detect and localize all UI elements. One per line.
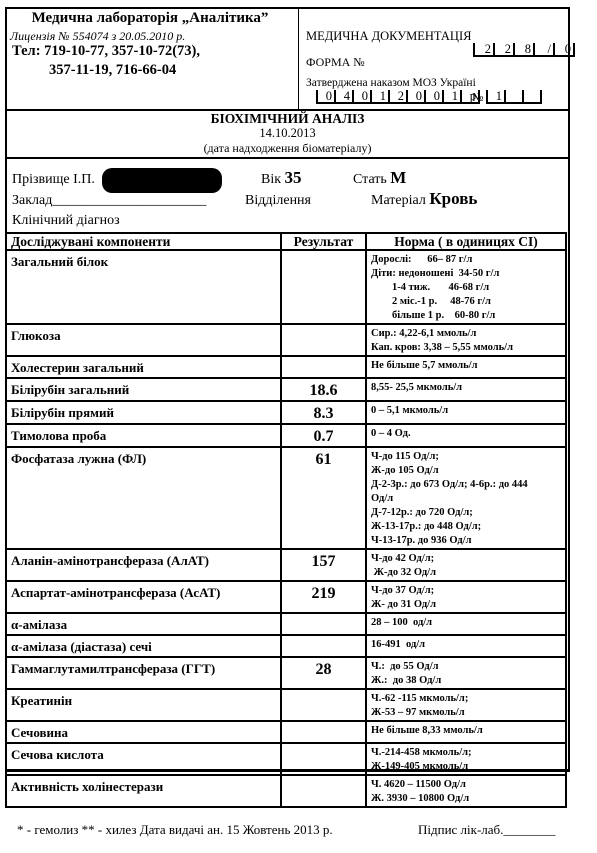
age-field: Вік 35 xyxy=(261,168,302,188)
result-value xyxy=(286,357,361,360)
result-value xyxy=(286,614,361,617)
table-row: Білірубін загальний18.68,55- 25,5 мкмоль… xyxy=(6,378,566,401)
lab-phones-line1: Тел: 719-10-77, 357-10-72(73), xyxy=(12,43,200,60)
component-name: Тимолова проба xyxy=(11,425,276,444)
norm-range: 28 – 100 од/л xyxy=(371,614,561,630)
component-name: Аспартат-амінотрансфераза (АсАТ) xyxy=(11,582,276,601)
component-name-cell: Фосфатаза лужна (ФЛ) xyxy=(6,447,281,549)
table-row: α-амілаза28 – 100 од/л xyxy=(6,613,566,635)
result-value-cell: 157 xyxy=(281,549,366,581)
result-value xyxy=(286,690,361,693)
norm-range: 16-491 од/л xyxy=(371,636,561,652)
norm-range: 8,55- 25,5 мкмоль/л xyxy=(371,379,561,395)
norm-range-cell: 0 – 5,1 мкмоль/л xyxy=(366,401,566,424)
order-number-cells: 1 xyxy=(486,90,542,104)
norm-range: Ч.-214-458 мкмоль/л; Ж-149-405 мкмоль/л xyxy=(371,744,561,774)
table-row: СечовинаНе більше 8,33 ммоль/л xyxy=(6,721,566,743)
form-number-cell: 2 xyxy=(473,43,493,57)
norm-range: Ч.-62 -115 мкмоль/л; Ж-53 – 97 мкмоль/л xyxy=(371,690,561,720)
component-name-cell: Глюкоза xyxy=(6,324,281,356)
receipt-date: 14.10.2013 xyxy=(5,126,570,141)
result-value: 8.3 xyxy=(286,402,361,423)
norm-range-cell: Сир.: 4,22-6,1 ммоль/л Кап. кров: 3,38 –… xyxy=(366,324,566,356)
result-value: 219 xyxy=(286,582,361,603)
norm-range: Ч-до 37 Од/л; Ж- до 31 Од/л xyxy=(371,582,561,612)
order-number-sign: № xyxy=(472,90,483,105)
norm-range: Ч.: до 55 Од/л Ж.: до 38 Од/л xyxy=(371,658,561,688)
component-name-cell: Сечова кислота xyxy=(6,743,281,775)
sex-value: М xyxy=(390,168,406,187)
order-date-cells: 0 4 0 1 2 0 0 1 р xyxy=(316,90,480,104)
norm-range-cell: Ч.-214-458 мкмоль/л; Ж-149-405 мкмоль/л xyxy=(366,743,566,775)
norm-range-cell: Ч-до 42 Од/л; Ж-до 32 Од/л xyxy=(366,549,566,581)
component-name: Фосфатаза лужна (ФЛ) xyxy=(11,448,276,467)
patient-name-label: Прізвище І.П. xyxy=(12,172,95,188)
column-header-component: Досліджувані компоненти xyxy=(6,233,281,250)
norm-range: Не більше 5,7 ммоль/л xyxy=(371,357,561,373)
component-name-cell: Аланін-амінотрансфераза (АлАТ) xyxy=(6,549,281,581)
material-label: Матеріал xyxy=(371,193,426,208)
diagnosis-label: Клінічний діагноз xyxy=(12,213,120,229)
lab-license: Лицензія № 554074 з 20.05.2010 р. xyxy=(10,29,185,44)
result-value-cell xyxy=(281,689,366,721)
table-row: Гаммаглутамилтрансфераза (ГГТ)28Ч.: до 5… xyxy=(6,657,566,689)
component-name-cell: Білірубін загальний xyxy=(6,378,281,401)
result-value-cell: 0.7 xyxy=(281,424,366,447)
norm-range-cell: 16-491 од/л xyxy=(366,635,566,657)
result-value xyxy=(286,776,361,779)
result-value: 61 xyxy=(286,448,361,469)
component-name: α-амілаза (діастаза) сечі xyxy=(11,636,276,655)
component-name: Білірубін загальний xyxy=(11,379,276,398)
component-name-cell: α-амілаза (діастаза) сечі xyxy=(6,635,281,657)
norm-range: Дорослі: 66– 87 г/л Діти: недоношені 34-… xyxy=(371,251,561,323)
norm-range-cell: 8,55- 25,5 мкмоль/л xyxy=(366,378,566,401)
material-field: Матеріал Кровь xyxy=(371,189,477,209)
norm-range-cell: Ч-до 37 Од/л; Ж- до 31 Од/л xyxy=(366,581,566,613)
norm-range-cell: Ч.-62 -115 мкмоль/л; Ж-53 – 97 мкмоль/л xyxy=(366,689,566,721)
component-name-cell: Сечовина xyxy=(6,721,281,743)
table-row: Загальний білокДорослі: 66– 87 г/л Діти:… xyxy=(6,250,566,324)
order-number-cell xyxy=(504,90,522,104)
order-date-cell: 0 xyxy=(352,90,370,104)
table-row: Аспартат-амінотрансфераза (АсАТ)219Ч-до … xyxy=(6,581,566,613)
result-value xyxy=(286,636,361,639)
norm-range-cell: Ч. 4620 – 11500 Од/л Ж. 3930 – 10800 Од/… xyxy=(366,775,566,807)
norm-range-cell: 28 – 100 од/л xyxy=(366,613,566,635)
result-value-cell xyxy=(281,635,366,657)
component-name: α-амілаза xyxy=(11,614,276,633)
medical-documentation-label: МЕДИЧНА ДОКУМЕНТАЦІЯ xyxy=(306,29,471,44)
form-number-cells: 2 2 8 / 0 xyxy=(473,43,575,57)
column-header-result: Результат xyxy=(281,233,366,250)
result-value-cell: 219 xyxy=(281,581,366,613)
sex-field: Стать М xyxy=(353,168,406,188)
result-value xyxy=(286,744,361,747)
result-value-cell: 28 xyxy=(281,657,366,689)
result-value-cell xyxy=(281,775,366,807)
result-value-cell xyxy=(281,613,366,635)
component-name: Гаммаглутамилтрансфераза (ГГТ) xyxy=(11,658,276,677)
result-value xyxy=(286,722,361,725)
analysis-title-block: БІОХІМІЧНИЙ АНАЛІЗ 14.10.2013 (дата надх… xyxy=(5,111,570,156)
result-value-cell xyxy=(281,250,366,324)
table-row: КреатинінЧ.-62 -115 мкмоль/л; Ж-53 – 97 … xyxy=(6,689,566,721)
component-name: Загальний білок xyxy=(11,251,276,270)
norm-range-cell: 0 – 4 Од. xyxy=(366,424,566,447)
order-date-cell: 0 xyxy=(316,90,334,104)
form-number-cell: 0 xyxy=(553,43,575,57)
table-row: Холестерин загальнийНе більше 5,7 ммоль/… xyxy=(6,356,566,378)
result-value-cell xyxy=(281,356,366,378)
result-value: 0.7 xyxy=(286,425,361,446)
signature-label: Підпис лік-лаб.________ xyxy=(418,822,555,838)
component-name: Активність холінестерази xyxy=(11,776,276,795)
component-name: Глюкоза xyxy=(11,325,276,344)
result-value: 28 xyxy=(286,658,361,679)
component-name-cell: Білірубін прямий xyxy=(6,401,281,424)
norm-range: Ч. 4620 – 11500 Од/л Ж. 3930 – 10800 Од/… xyxy=(371,776,561,806)
form-info-block: МЕДИЧНА ДОКУМЕНТАЦІЯ 2 2 8 / 0 ФОРМА № З… xyxy=(299,7,570,110)
column-header-norm: Норма ( в одиницях СІ) xyxy=(366,233,566,250)
component-name: Сечовина xyxy=(11,722,276,741)
component-name: Сечова кислота xyxy=(11,744,276,763)
norm-range: 0 – 4 Од. xyxy=(371,425,561,441)
table-row: Тимолова проба0.70 – 4 Од. xyxy=(6,424,566,447)
component-name: Білірубін прямий xyxy=(11,402,276,421)
component-name-cell: Тимолова проба xyxy=(6,424,281,447)
component-name-cell: Загальний білок xyxy=(6,250,281,324)
approved-text: Затверджена наказом МОЗ Україні xyxy=(306,77,476,89)
lab-info-block: Медична лабораторія „Аналітика” Лицензія… xyxy=(5,7,299,110)
result-value-cell: 61 xyxy=(281,447,366,549)
form-number-cell: 2 xyxy=(493,43,513,57)
component-name: Холестерин загальний xyxy=(11,357,276,376)
department-label: Відділення xyxy=(245,193,311,209)
form-label: ФОРМА № xyxy=(306,55,365,70)
table-row: α-амілаза (діастаза) сечі16-491 од/л xyxy=(6,635,566,657)
norm-range: Сир.: 4,22-6,1 ммоль/л Кап. кров: 3,38 –… xyxy=(371,325,561,355)
norm-range-cell: Не більше 8,33 ммоль/л xyxy=(366,721,566,743)
result-value-cell: 8.3 xyxy=(281,401,366,424)
norm-range: Не більше 8,33 ммоль/л xyxy=(371,722,561,738)
result-value xyxy=(286,251,361,254)
sex-label: Стать xyxy=(353,172,387,187)
footer-notes: * - гемолиз ** - хилез Дата видачі ан. 1… xyxy=(17,822,333,838)
component-name-cell: Холестерин загальний xyxy=(6,356,281,378)
age-label: Вік xyxy=(261,172,281,187)
component-name-cell: Аспартат-амінотрансфераза (АсАТ) xyxy=(6,581,281,613)
form-number-cell: 8 xyxy=(513,43,533,57)
result-value: 157 xyxy=(286,550,361,571)
lab-phones-line2: 357-11-19, 716-66-04 xyxy=(49,62,176,79)
redacted-patient-name xyxy=(102,168,222,193)
title-divider xyxy=(5,157,570,159)
component-name: Креатинін xyxy=(11,690,276,709)
result-value-cell: 18.6 xyxy=(281,378,366,401)
order-date-cell: 2 xyxy=(388,90,406,104)
component-name: Аланін-амінотрансфераза (АлАТ) xyxy=(11,550,276,569)
table-row: ГлюкозаСир.: 4,22-6,1 ммоль/л Кап. кров:… xyxy=(6,324,566,356)
age-value: 35 xyxy=(285,168,302,187)
norm-range: Ч-до 42 Од/л; Ж-до 32 Од/л xyxy=(371,550,561,580)
table-row: Сечова кислотаЧ.-214-458 мкмоль/л; Ж-149… xyxy=(6,743,566,775)
norm-range: 0 – 5,1 мкмоль/л xyxy=(371,402,561,418)
result-value: 18.6 xyxy=(286,379,361,400)
receipt-date-caption: (дата надходження біоматеріалу) xyxy=(5,141,570,156)
component-name-cell: Активність холінестерази xyxy=(6,775,281,807)
table-row: Активність холінестеразиЧ. 4620 – 11500 … xyxy=(6,775,566,807)
component-name-cell: Гаммаглутамилтрансфераза (ГГТ) xyxy=(6,657,281,689)
analysis-title: БІОХІМІЧНИЙ АНАЛІЗ xyxy=(5,111,570,126)
norm-range-cell: Не більше 5,7 ммоль/л xyxy=(366,356,566,378)
component-name-cell: Креатинін xyxy=(6,689,281,721)
order-date-cell: 0 xyxy=(406,90,424,104)
order-date-cell: 1 xyxy=(370,90,388,104)
order-date-cell: 1 xyxy=(442,90,460,104)
results-table: Досліджувані компоненти Результат Норма … xyxy=(5,232,567,808)
order-date-cell: 0 xyxy=(424,90,442,104)
result-value-cell xyxy=(281,721,366,743)
material-value: Кровь xyxy=(429,189,477,208)
order-number-cell xyxy=(522,90,542,104)
component-name-cell: α-амілаза xyxy=(6,613,281,635)
table-row: Білірубін прямий8.30 – 5,1 мкмоль/л xyxy=(6,401,566,424)
table-header-row: Досліджувані компоненти Результат Норма … xyxy=(6,233,566,250)
form-number-cell: / xyxy=(533,43,553,57)
order-number-cell: 1 xyxy=(486,90,504,104)
order-date-cell: 4 xyxy=(334,90,352,104)
norm-range: Ч-до 115 Од/л; Ж-до 105 Од/л Д-2-3р.: до… xyxy=(371,448,561,548)
norm-range-cell: Ч.: до 55 Од/л Ж.: до 38 Од/л xyxy=(366,657,566,689)
table-row: Фосфатаза лужна (ФЛ)61Ч-до 115 Од/л; Ж-д… xyxy=(6,447,566,549)
norm-range-cell: Ч-до 115 Од/л; Ж-до 105 Од/л Д-2-3р.: до… xyxy=(366,447,566,549)
norm-range-cell: Дорослі: 66– 87 г/л Діти: недоношені 34-… xyxy=(366,250,566,324)
result-value-cell xyxy=(281,324,366,356)
result-value-cell xyxy=(281,743,366,775)
result-value xyxy=(286,325,361,328)
institution-label: Заклад______________________ xyxy=(12,193,206,209)
lab-name: Медична лабораторія „Аналітика” xyxy=(5,10,295,27)
table-row: Аланін-амінотрансфераза (АлАТ)157Ч-до 42… xyxy=(6,549,566,581)
